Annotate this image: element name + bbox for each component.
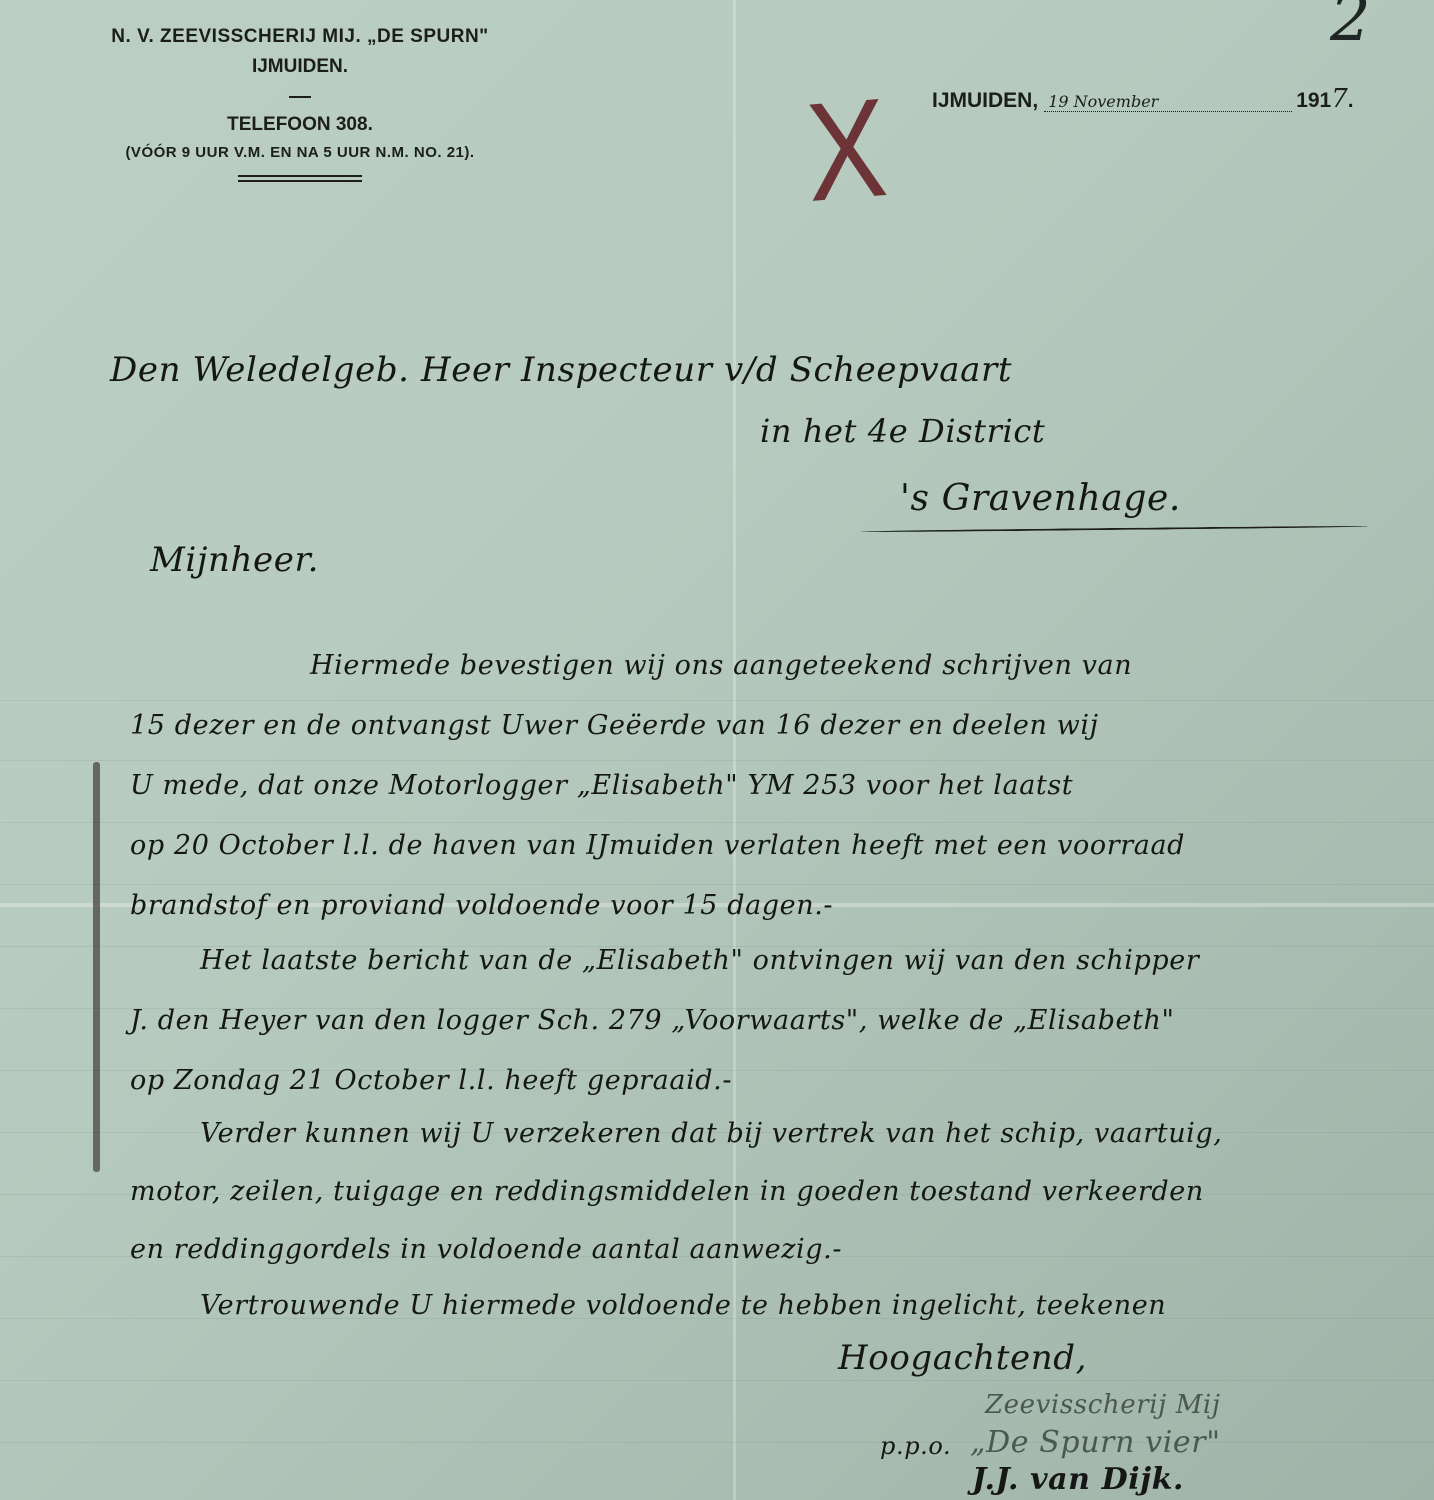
body-line: Het laatste bericht van de „Elisabeth" o… xyxy=(200,945,1199,976)
letterhead: N. V. ZEEVISSCHERIJ MIJ. „DE SPURN" IJMU… xyxy=(30,20,570,182)
body-line: Verder kunnen wij U verzekeren dat bij v… xyxy=(200,1118,1222,1149)
body-line: brandstof en proviand voldoende voor 15 … xyxy=(130,890,833,921)
body-line: 15 dezer en de ontvangst Uwer Geëerde va… xyxy=(130,710,1099,741)
date-handwritten: 19 November xyxy=(1044,92,1292,112)
closing-hoogachtend: Hoogachtend, xyxy=(838,1338,1087,1378)
addressee-line-2: in het 4e District xyxy=(760,412,1045,450)
date-year-printed: 191 xyxy=(1296,89,1331,112)
body-line: en reddinggordels in voldoende aantal aa… xyxy=(130,1234,842,1265)
address-flourish-underline xyxy=(860,525,1368,532)
phone-hours: (VÓÓR 9 UUR V.M. EN NA 5 UUR N.M. NO. 21… xyxy=(30,144,570,161)
body-line: Hiermede bevestigen wij ons aangeteekend… xyxy=(310,650,1132,681)
date-period: . xyxy=(1348,89,1354,112)
company-stamp-line-2: „De Spurn vier" xyxy=(970,1425,1221,1460)
body-line: J. den Heyer van den logger Sch. 279 „Vo… xyxy=(130,1005,1175,1036)
ruled-line xyxy=(0,822,1434,823)
paper-fold-vertical xyxy=(733,0,736,1500)
body-line: Vertrouwende U hiermede voldoende te heb… xyxy=(200,1290,1166,1321)
corner-number-mark: 2 xyxy=(1330,0,1371,56)
ruled-line xyxy=(0,700,1434,701)
body-line: U mede, dat onze Motorlogger „Elisabeth"… xyxy=(130,770,1073,801)
company-name: N. V. ZEEVISSCHERIJ MIJ. „DE SPURN" xyxy=(30,26,570,48)
dateline: IJMUIDEN,19 November1917. xyxy=(932,84,1354,114)
pencil-margin-mark xyxy=(93,762,100,1172)
addressee-line-3: 's Gravenhage. xyxy=(900,478,1181,519)
body-line: op 20 October l.l. de haven van IJmuiden… xyxy=(130,830,1185,861)
body-line: op Zondag 21 October l.l. heeft gepraaid… xyxy=(130,1065,732,1096)
signature: J.J. van Dijk. xyxy=(972,1462,1184,1497)
ruled-line xyxy=(0,1380,1434,1381)
ruled-line xyxy=(0,760,1434,761)
date-place: IJMUIDEN, xyxy=(932,89,1038,112)
body-line: motor, zeilen, tuigage en reddingsmiddel… xyxy=(130,1176,1204,1207)
double-rule xyxy=(238,175,362,182)
addressee-line-1: Den Weledelgeb. Heer Inspecteur v/d Sche… xyxy=(110,350,1012,390)
phone-number: TELEFOON 308. xyxy=(30,114,570,136)
date-year-handwritten: 7 xyxy=(1331,84,1348,114)
per-procuratie-prefix: p.p.o. xyxy=(880,1432,951,1460)
divider-dash xyxy=(289,96,311,98)
ruled-line xyxy=(0,884,1434,885)
red-pencil-x-mark: X xyxy=(803,77,890,223)
company-city: IJMUIDEN. xyxy=(30,56,570,78)
salutation: Mijnheer. xyxy=(150,540,319,580)
company-stamp-line-1: Zeevisscherij Mij xyxy=(985,1390,1221,1420)
